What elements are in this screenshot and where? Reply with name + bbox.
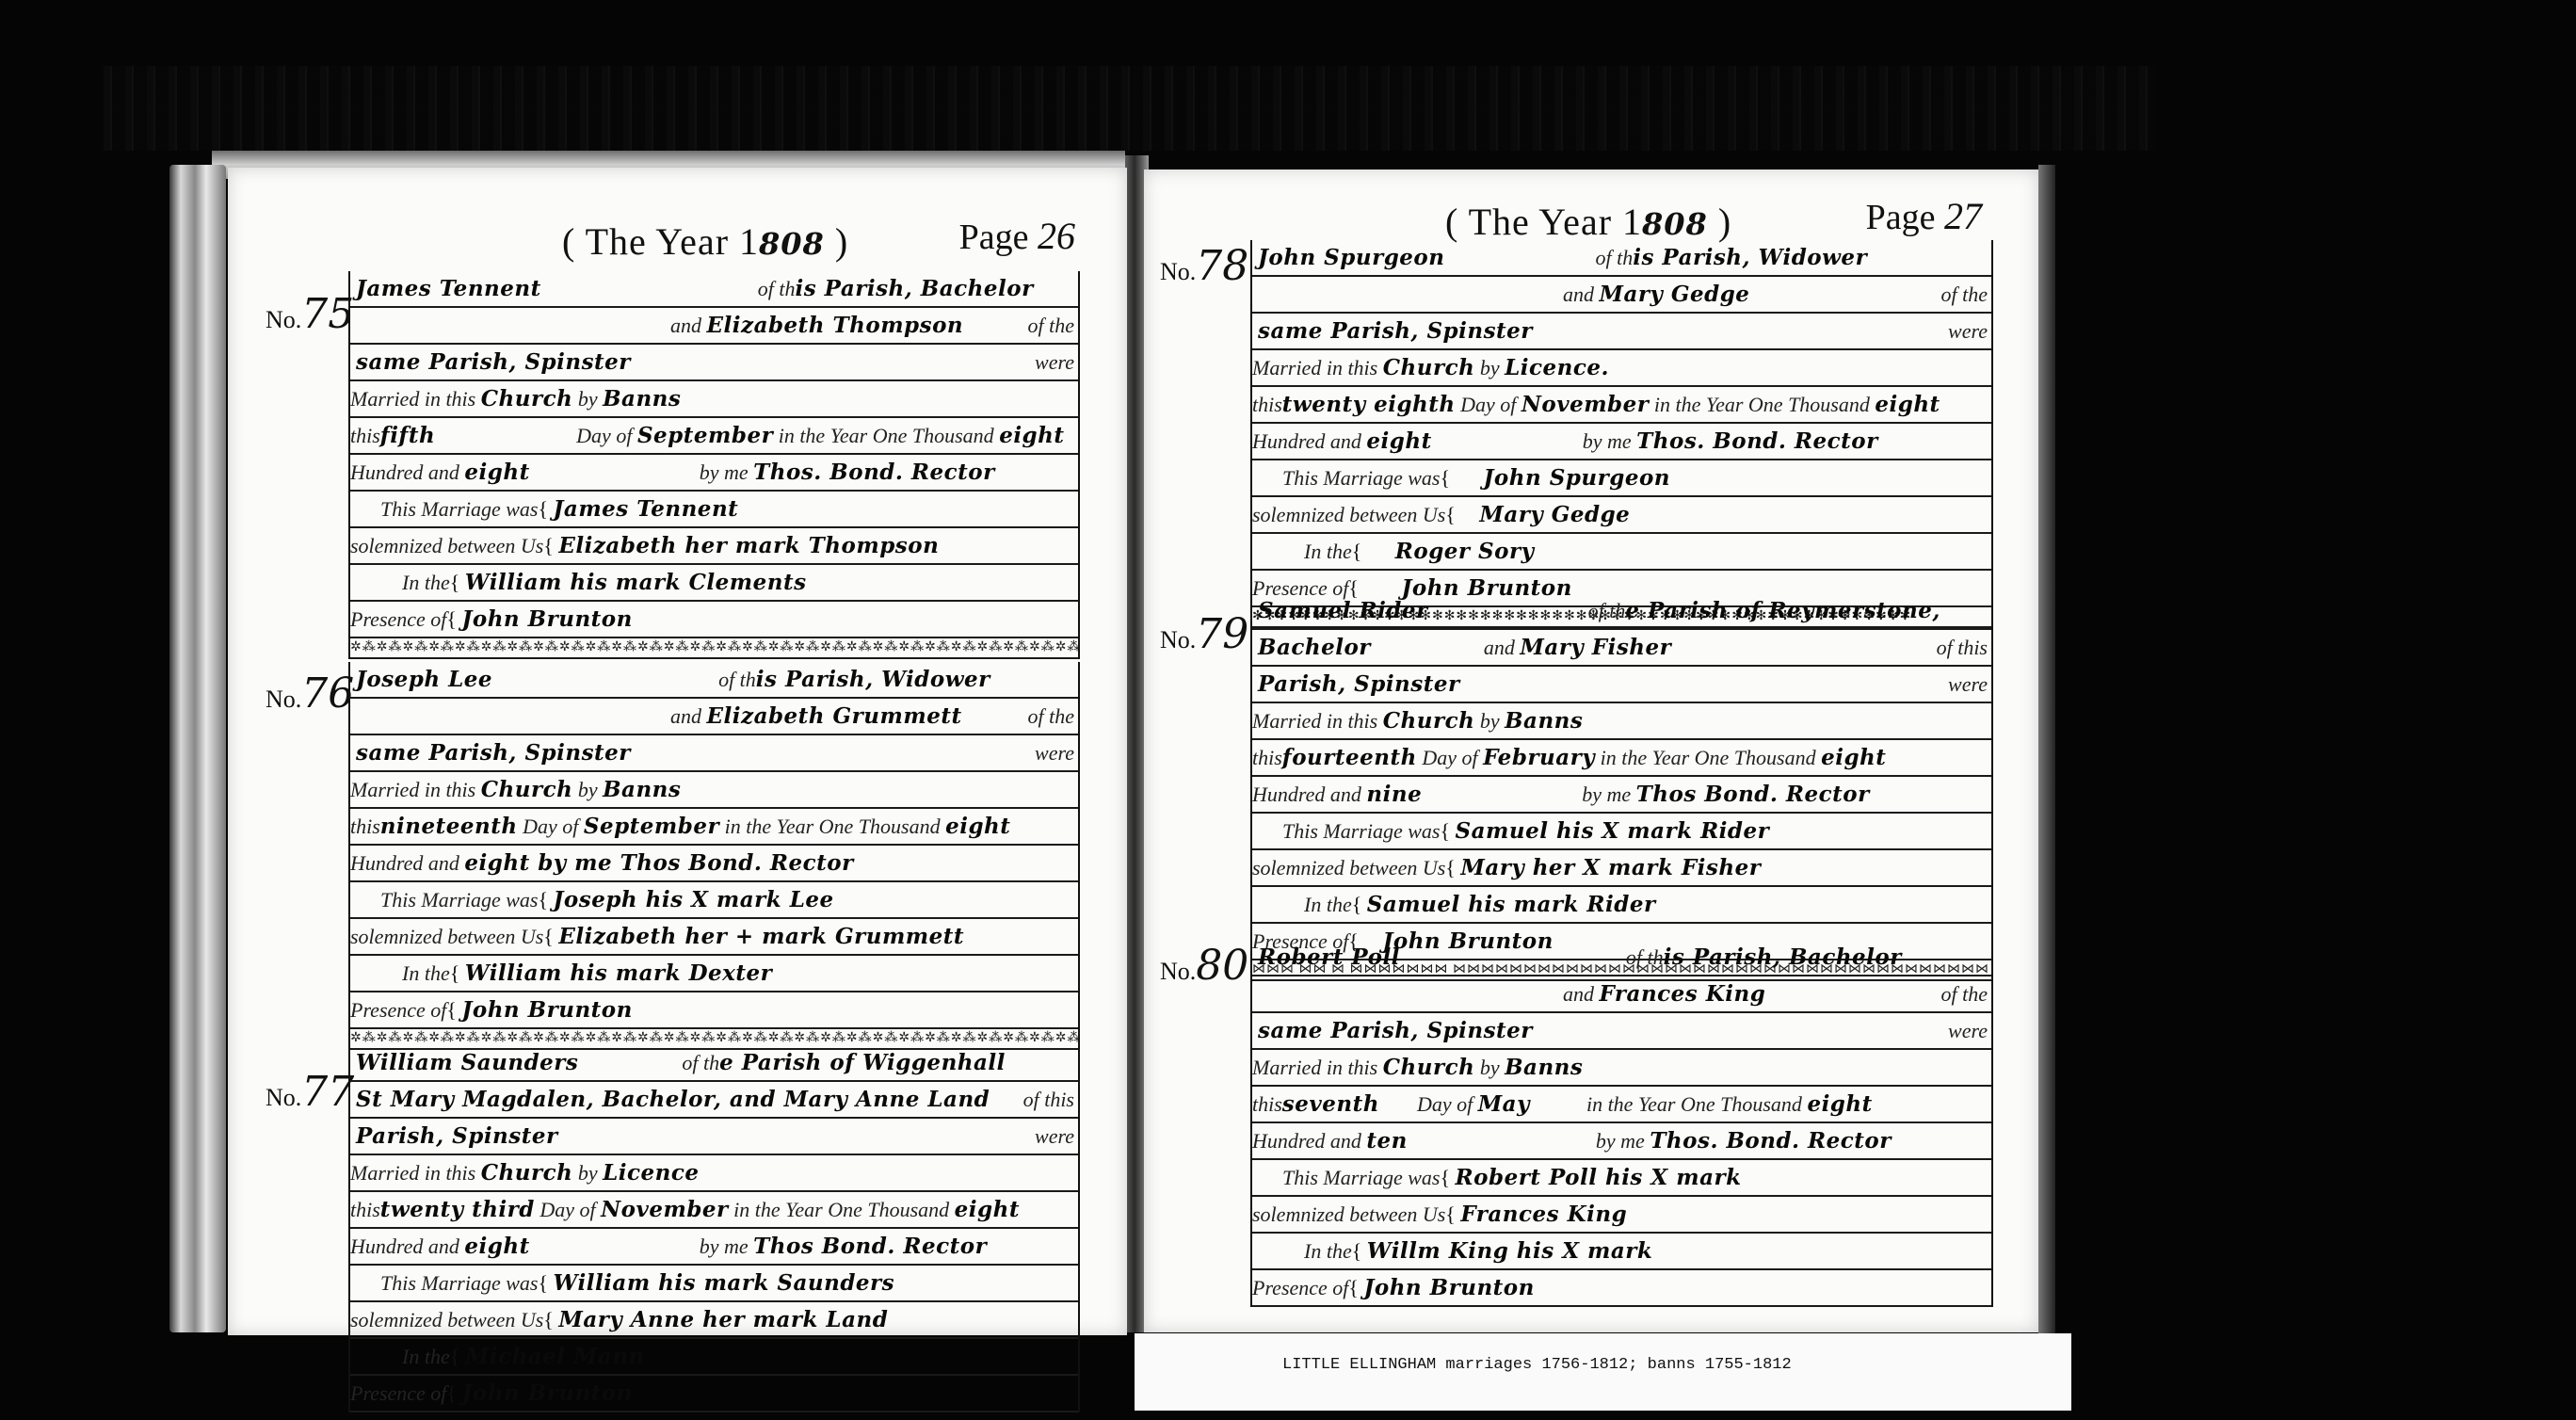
thousand-word: eight (1821, 745, 1886, 770)
married-line: Married in this Church by Licence. (1252, 350, 1991, 387)
witness-1: William his mark Clements (465, 570, 807, 595)
no-label: No. (1160, 626, 1196, 654)
label-day-of: Day of (523, 815, 578, 838)
thousand-word: eight (945, 814, 1010, 839)
bride-parish-line: same Parish, Spinsterwere (350, 735, 1078, 772)
witness-line-2: Presence of{ John Brunton (1252, 1270, 1991, 1307)
label-this-marriage: This Marriage was (1282, 466, 1440, 490)
groom-status: Bachelor (1258, 635, 1371, 660)
label-solemnized: solemnized between Us (350, 1308, 543, 1331)
label-solemnized: solemnized between Us (1252, 1202, 1445, 1226)
thousand-word: eight (1875, 392, 1940, 417)
solemnized-line-2: solemnized between Us{ Frances King (1252, 1197, 1991, 1234)
label-in-the: In the (402, 1345, 450, 1368)
solemnized-line-1: This Marriage was{ Joseph his X mark Lee (350, 882, 1078, 919)
day-value: seventh (1282, 1091, 1379, 1117)
label-presence-of: Presence of (1252, 1276, 1348, 1299)
label-hundred-and: Hundred and (1252, 1129, 1361, 1153)
right-page-edge (2038, 165, 2055, 1337)
thousand-word: eight (999, 423, 1064, 448)
date-line: thisfourteenth Day of February in the Ye… (1252, 740, 1991, 777)
label-year: in the Year One Thousand (1586, 1092, 1802, 1116)
entry-number-value: 80 (1196, 942, 1248, 990)
register-page-left: ( The Year 1808 ) Page 26 No.75 James Te… (228, 168, 1127, 1335)
month-value: September (584, 814, 719, 839)
label-this: this (350, 1198, 380, 1221)
date-line: thisseventhDay of Mayin the Year One Tho… (1252, 1087, 1991, 1123)
label-were: were (1035, 735, 1074, 770)
groom-line: James Tennentof this Parish, Bachelor (350, 271, 1078, 308)
entry-number: No.77 (266, 1068, 354, 1116)
year-close: ) (1708, 201, 1731, 243)
groom-line: Robert Pollof this Parish, Bachelor (1252, 940, 1991, 976)
page-label: Page (1866, 198, 1936, 237)
groom-line: John Spurgeonof this Parish, Widower (1252, 240, 1991, 277)
no-label: No. (1160, 958, 1196, 985)
label-in-the: In the (1304, 893, 1352, 916)
label-married: Married in this (1252, 709, 1377, 733)
hundred-word: eight (464, 1234, 529, 1259)
thousand-word: eight (1807, 1091, 1872, 1117)
groom-name: Samuel Rider (1258, 598, 1428, 623)
month-value: May (1478, 1091, 1530, 1117)
entry-number-value: 76 (301, 670, 354, 718)
entry-form: Samuel Riderof the Parish of Reymerstone… (1250, 593, 1993, 981)
label-this-marriage: This Marriage was (1282, 1166, 1440, 1189)
label-hundred-and: Hundred and (1252, 429, 1361, 453)
year-handwritten: 808 (1642, 206, 1708, 242)
hundred-word-and-officiant: eight by me Thos Bond. Rector (464, 850, 853, 876)
by-banns-or-licence: Licence. (1505, 355, 1609, 380)
bride-parish-status: same Parish, Spinster (1258, 318, 1533, 344)
no-label: No. (266, 686, 301, 713)
label-of-the: of th (682, 1051, 719, 1074)
label-and: and (1484, 636, 1515, 659)
day-value: twenty eighth (1282, 392, 1456, 417)
label-hundred-and: Hundred and (1252, 783, 1361, 806)
witness-2: John Brunton (461, 997, 632, 1023)
witness-2: John Brunton (1363, 1275, 1534, 1300)
officiant: Thos. Bond. Rector (1636, 428, 1878, 454)
married-line: Married in this Church by Banns (1252, 703, 1991, 740)
label-day-of: Day of (576, 424, 632, 447)
label-married: Married in this (350, 387, 475, 411)
married-line: Married in this Church by Banns (350, 772, 1078, 809)
label-were: were (1948, 667, 1988, 702)
solemnized-line-2: solemnized between Us{ Mary Anne her mar… (350, 1302, 1078, 1339)
label-hundred-and: Hundred and (350, 851, 459, 875)
witness-line-2: Presence of{ John Brunton (350, 602, 1078, 638)
label-in-the: In the (1304, 540, 1352, 563)
place: Church (1383, 355, 1475, 380)
bride-parish-status: same Parish, Spinster (356, 349, 631, 375)
year-label: ( The Year 1 (1445, 201, 1642, 243)
married-line: Married in this Church by Banns (350, 381, 1078, 418)
solemnized-line-2: solemnized between Us{ Elizabeth her mar… (350, 528, 1078, 565)
label-and: and (1563, 282, 1594, 306)
bride-parish-line: Parish, Spinsterwere (350, 1119, 1078, 1155)
entry-number: No.79 (1160, 610, 1248, 658)
label-solemnized: solemnized between Us (1252, 856, 1445, 879)
entry-form: Joseph Leeof this Parish, Widower and El… (348, 662, 1080, 1050)
label-by: by (1480, 356, 1500, 379)
groom-signature: Joseph his X mark Lee (554, 887, 834, 912)
groom-parish: e Parish of Wiggenhall (719, 1050, 1006, 1075)
hundred-word: ten (1366, 1128, 1407, 1154)
married-line: Married in this Church by Banns (1252, 1050, 1991, 1087)
label-by-me: by me (1596, 1129, 1645, 1153)
witness-1: Samuel his mark Rider (1367, 892, 1656, 917)
witness-line-1: In the{ Roger Sory (1252, 534, 1991, 571)
label-this-marriage: This Marriage was (380, 497, 538, 521)
label-hundred-and: Hundred and (350, 1234, 459, 1258)
label-by-me: by me (1583, 429, 1632, 453)
label-by-me: by me (1582, 783, 1631, 806)
label-of-this: of th (758, 277, 796, 300)
bride-signature: Mary Anne her mark Land (558, 1307, 888, 1332)
page-number-value: 27 (1944, 195, 1982, 237)
label-this: this (350, 424, 380, 447)
entry-number: No.80 (1160, 942, 1248, 990)
solemnized-line-2: solemnized between Us{ Mary Gedge (1252, 497, 1991, 534)
entry-number: No.75 (266, 290, 354, 338)
groom-signature: John Spurgeon (1484, 465, 1671, 491)
witness-line-1: In the{ William his mark Clements (350, 565, 1078, 602)
groom-signature: William his mark Saunders (554, 1270, 895, 1296)
witness-line-2: Presence of{ John Brunton (350, 1376, 1078, 1412)
entry-number-value: 77 (301, 1068, 354, 1116)
bride-line: St Mary Magdalen, Bachelor, and Mary Ann… (350, 1082, 1078, 1119)
bride-signature: Elizabeth her + mark Grummett (558, 924, 964, 949)
bride-name: Frances King (1600, 981, 1766, 1007)
month-value: February (1483, 745, 1595, 770)
page-header: ( The Year 1808 ) Page 26 (228, 219, 1127, 266)
witness-1: Roger Sory (1395, 539, 1535, 564)
bride-signature: Mary her X mark Fisher (1460, 855, 1761, 880)
groom-signature: James Tennent (554, 496, 739, 522)
month-value: November (1521, 392, 1650, 417)
bride-line: and Elizabeth Thompsonof the (350, 308, 1078, 345)
bride-line: and Mary Gedgeof the (1252, 277, 1991, 314)
label-were: were (1035, 1119, 1074, 1154)
bride-line: and Elizabeth Grummettof the (350, 699, 1078, 735)
witness-1: Willm King his X mark (1367, 1238, 1653, 1264)
place: Church (1383, 1055, 1475, 1080)
label-this-marriage: This Marriage was (380, 1271, 538, 1295)
microfilm-caption: LITTLE ELLINGHAM marriages 1756-1812; ba… (1282, 1356, 1792, 1374)
officiant: Thos Bond. Rector (1636, 782, 1870, 807)
no-label: No. (266, 306, 301, 333)
label-by-me: by me (700, 1234, 749, 1258)
hundred-line: Hundred and tenby me Thos. Bond. Rector (1252, 1123, 1991, 1160)
groom-parish-status: is Parish, Widower (1633, 245, 1867, 270)
year-heading: ( The Year 1808 ) (562, 219, 848, 264)
label-of-the: of the (1941, 277, 1988, 312)
solemnized-line-2: solemnized between Us{ Elizabeth her + m… (350, 919, 1078, 956)
label-of-this: of this (1937, 630, 1988, 665)
label-year: in the Year One Thousand (733, 1198, 949, 1221)
year-handwritten: 808 (759, 226, 825, 262)
by-banns-or-licence: Licence (603, 1160, 699, 1186)
solemnized-line-1: This Marriage was{ John Spurgeon (1252, 460, 1991, 497)
label-of-this: of this (1023, 1082, 1074, 1117)
label-of-the: of the (1028, 699, 1075, 734)
bride-signature: Elizabeth her mark Thompson (558, 533, 939, 558)
entry-number-value: 75 (301, 290, 354, 338)
label-of-the: of the (1941, 976, 1988, 1011)
groom-parish-status: is Parish, Bachelor (1664, 944, 1902, 970)
married-line: Married in this Church by Licence (350, 1155, 1078, 1192)
label-married: Married in this (1252, 1056, 1377, 1079)
bride-parish-status: Parish, Spinster (1258, 671, 1460, 697)
label-in-the: In the (402, 571, 450, 594)
groom-name: John Spurgeon (1258, 245, 1445, 270)
witness-line-1: In the{ Michael Mann (350, 1339, 1078, 1376)
label-this: this (350, 815, 380, 838)
label-solemnized: solemnized between Us (350, 534, 543, 557)
label-by: by (578, 778, 598, 801)
label-year: in the Year One Thousand (1601, 746, 1816, 769)
solemnized-line-1: This Marriage was{ James Tennent (350, 492, 1078, 528)
day-value: nineteenth (380, 814, 518, 839)
entry-form: James Tennentof this Parish, Bachelor an… (348, 271, 1080, 659)
label-married: Married in this (350, 1161, 475, 1185)
hundred-word: nine (1366, 782, 1422, 807)
label-of-this: of th (1626, 945, 1664, 969)
witness-line-1: In the{ Samuel his mark Rider (1252, 887, 1991, 924)
entry-form: William Saundersof the Parish of Wiggenh… (348, 1045, 1080, 1412)
label-of-the: of the (1028, 308, 1075, 343)
label-married: Married in this (350, 778, 475, 801)
label-hundred-and: Hundred and (350, 460, 459, 484)
thousand-word: eight (955, 1197, 1020, 1222)
label-this-marriage: This Marriage was (1282, 819, 1440, 843)
ornamental-divider: ✲⁂✲⁂✲⁂✲⁂✲⁂✲⁂✲⁂✲⁂✲⁂✲⁂✲⁂✲⁂✲⁂✲⁂✲⁂✲⁂✲⁂✲⁂✲⁂✲⁂… (350, 638, 1078, 659)
groom-parish-status: is Parish, Bachelor (795, 276, 1033, 301)
label-by-me: by me (700, 460, 749, 484)
label-by: by (1480, 1056, 1500, 1079)
label-day-of: Day of (1460, 393, 1516, 416)
entry-number-value: 78 (1196, 242, 1248, 290)
date-line: thistwenty eighth Day of November in the… (1252, 387, 1991, 424)
solemnized-line-1: This Marriage was{ William his mark Saun… (350, 1266, 1078, 1302)
label-of-the: of th (1588, 599, 1626, 622)
label-by: by (1480, 709, 1500, 733)
solemnized-line-1: This Marriage was{ Robert Poll his X mar… (1252, 1160, 1991, 1197)
label-this: this (1252, 393, 1282, 416)
label-solemnized: solemnized between Us (350, 925, 543, 948)
bride-name: Elizabeth Thompson (707, 313, 964, 338)
groom-line: Joseph Leeof this Parish, Widower (350, 662, 1078, 699)
witness-2: John Brunton (461, 606, 632, 632)
label-year: in the Year One Thousand (779, 424, 994, 447)
hundred-word: eight (464, 460, 529, 485)
bride-parish-status: Parish, Spinster (356, 1123, 558, 1149)
year-heading: ( The Year 1808 ) (1445, 200, 1731, 244)
groom-line: Samuel Riderof the Parish of Reymerstone… (1252, 593, 1991, 630)
label-and: and (1563, 982, 1594, 1006)
label-this-marriage: This Marriage was (380, 888, 538, 912)
groom-signature: Samuel his X mark Rider (1456, 818, 1770, 844)
page-number: Page 26 (959, 214, 1075, 258)
label-of-this: of th (1596, 246, 1634, 269)
bride-parish-line: same Parish, Spinsterwere (1252, 1013, 1991, 1050)
witness-1: William his mark Dexter (465, 960, 773, 986)
date-line: thisfifthDay of September in the Year On… (350, 418, 1078, 455)
groom-name: Joseph Lee (356, 667, 492, 692)
year-label: ( The Year 1 (562, 220, 759, 263)
witness-line-1: In the{ William his mark Dexter (350, 956, 1078, 992)
book-fore-edge (169, 165, 226, 1332)
label-day-of: Day of (539, 1198, 595, 1221)
hundred-line: Hundred and eight by me Thos Bond. Recto… (350, 846, 1078, 882)
label-were: were (1035, 345, 1074, 379)
officiant: Thos Bond. Rector (753, 1234, 987, 1259)
bride-signature: Mary Gedge (1479, 502, 1630, 527)
bride-name: Mary Gedge (1600, 282, 1750, 307)
no-label: No. (1160, 258, 1196, 285)
entry-form: John Spurgeonof this Parish, Widower and… (1250, 240, 1993, 628)
label-solemnized: solemnized between Us (1252, 503, 1445, 526)
bride-parish-status: same Parish, Spinster (1258, 1018, 1533, 1043)
witness-2: John Brunton (461, 1380, 632, 1406)
label-were: were (1948, 314, 1988, 348)
place: Church (481, 1160, 573, 1186)
bride-parish-line: Parish, Spinsterwere (1252, 667, 1991, 703)
officiant: Thos. Bond. Rector (1650, 1128, 1892, 1154)
groom-line: William Saundersof the Parish of Wiggenh… (350, 1045, 1078, 1082)
day-value: fourteenth (1282, 745, 1417, 770)
day-value: twenty third (380, 1197, 535, 1222)
groom-parish-status: is Parish, Widower (756, 667, 990, 692)
groom-signature: Robert Poll his X mark (1456, 1165, 1742, 1190)
entry-number-value: 79 (1196, 610, 1248, 658)
groom-name: James Tennent (356, 276, 541, 301)
hundred-word: eight (1366, 428, 1431, 454)
witness-1: Michael Mann (465, 1344, 645, 1369)
register-page-right: ( The Year 1808 ) Page 27 No.78 John Spu… (1144, 169, 2038, 1332)
entry-form: Robert Pollof this Parish, Bachelor and … (1250, 940, 1993, 1307)
bride-parish-line: same Parish, Spinsterwere (1252, 314, 1991, 350)
entry-number: No.78 (1160, 242, 1248, 290)
bride-line: Bachelorand Mary Fisherof this (1252, 630, 1991, 667)
month-value: September (637, 423, 773, 448)
label-presence-of: Presence of (350, 1381, 446, 1405)
by-banns-or-licence: Banns (603, 386, 681, 411)
solemnized-line-2: solemnized between Us{ Mary her X mark F… (1252, 850, 1991, 887)
page-number-value: 26 (1038, 215, 1075, 257)
bride-parish-status: same Parish, Spinster (356, 740, 631, 766)
label-presence-of: Presence of (350, 607, 446, 631)
page-label: Page (959, 218, 1029, 257)
hundred-line: Hundred and eightby me Thos. Bond. Recto… (1252, 424, 1991, 460)
no-label: No. (266, 1084, 301, 1111)
label-presence-of: Presence of (350, 998, 446, 1022)
label-and: and (670, 704, 701, 728)
hundred-line: Hundred and eightby me Thos Bond. Rector (350, 1229, 1078, 1266)
by-banns-or-licence: Banns (1505, 708, 1583, 734)
label-this: this (1252, 746, 1282, 769)
by-banns-or-licence: Banns (1505, 1055, 1583, 1080)
label-of-this: of th (718, 668, 756, 691)
groom-name: Robert Poll (1258, 944, 1400, 970)
bride-name: Mary Fisher (1520, 635, 1671, 660)
groom-name: William Saunders (356, 1050, 578, 1075)
label-and: and (670, 314, 701, 337)
date-line: thistwenty third Day of November in the … (350, 1192, 1078, 1229)
groom-status-and-bride: St Mary Magdalen, Bachelor, and Mary Ann… (356, 1087, 990, 1112)
label-by: by (578, 1161, 598, 1185)
bride-parish-line: same Parish, Spinsterwere (350, 345, 1078, 381)
label-day-of: Day of (1417, 1092, 1473, 1116)
witness-line-2: Presence of{ John Brunton (350, 992, 1078, 1029)
bride-name: Elizabeth Grummett (707, 703, 962, 729)
groom-parish: e Parish of Reymerstone, (1625, 598, 1940, 623)
label-day-of: Day of (1422, 746, 1477, 769)
dark-background-texture (104, 66, 2156, 151)
solemnized-line-1: This Marriage was{ Samuel his X mark Rid… (1252, 814, 1991, 850)
label-year: in the Year One Thousand (1654, 393, 1870, 416)
hundred-line: Hundred and nineby me Thos Bond. Rector (1252, 777, 1991, 814)
bride-signature: Frances King (1460, 1202, 1627, 1227)
officiant: Thos. Bond. Rector (753, 460, 995, 485)
day-value: fifth (380, 423, 435, 448)
bride-line: and Frances Kingof the (1252, 976, 1991, 1013)
page-number: Page 27 (1866, 194, 1982, 238)
month-value: November (601, 1197, 729, 1222)
label-in-the: In the (402, 961, 450, 985)
date-line: thisnineteenth Day of September in the Y… (350, 809, 1078, 846)
label-year: in the Year One Thousand (725, 815, 941, 838)
year-close: ) (825, 220, 848, 263)
place: Church (481, 386, 573, 411)
hundred-line: Hundred and eightby me Thos. Bond. Recto… (350, 455, 1078, 492)
label-were: were (1948, 1013, 1988, 1048)
by-banns-or-licence: Banns (603, 777, 681, 802)
label-by: by (578, 387, 598, 411)
label-this: this (1252, 1092, 1282, 1116)
place: Church (1383, 708, 1475, 734)
entry-number: No.76 (266, 670, 354, 718)
witness-line-1: In the{ Willm King his X mark (1252, 1234, 1991, 1270)
label-married: Married in this (1252, 356, 1377, 379)
label-in-the: In the (1304, 1239, 1352, 1263)
place: Church (481, 777, 573, 802)
